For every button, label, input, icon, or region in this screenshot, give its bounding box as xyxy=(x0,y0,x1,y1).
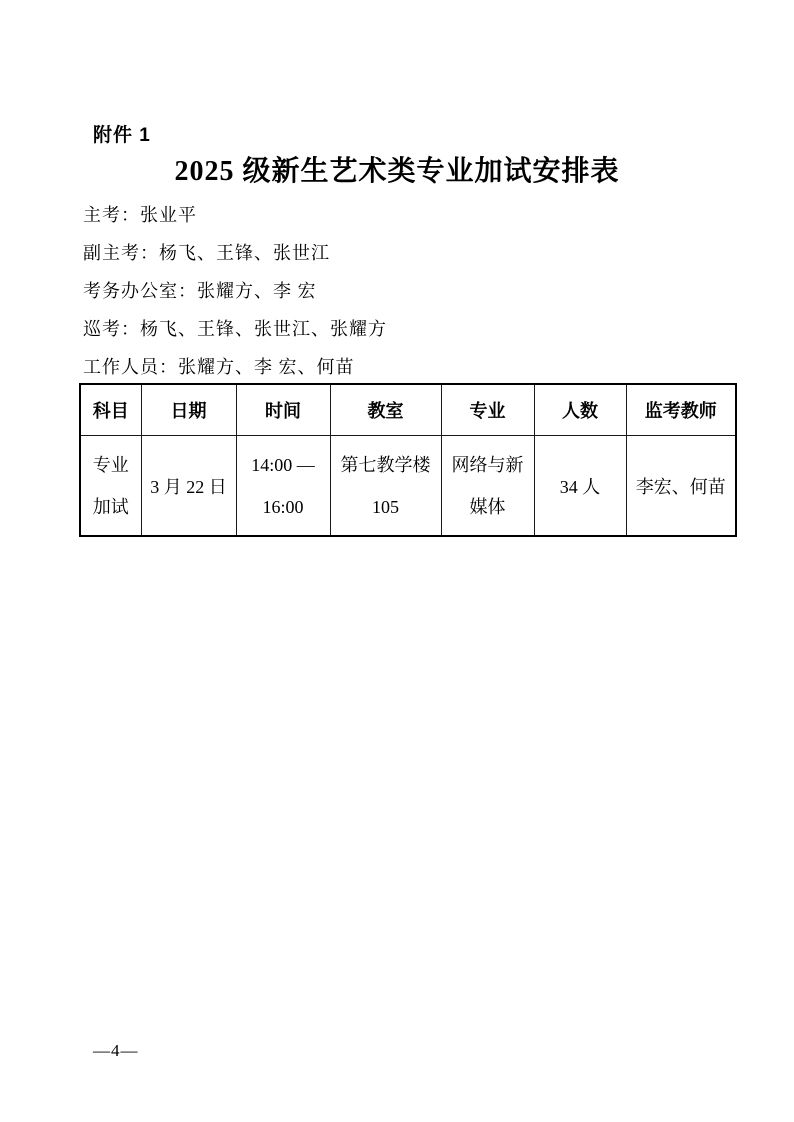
cell-major-line2: 媒体 xyxy=(442,486,534,528)
cell-subject: 专业 加试 xyxy=(80,436,141,537)
info-line-exam-office: 考务办公室：张耀方、李 宏 xyxy=(83,272,387,310)
cell-major-line1: 网络与新 xyxy=(442,444,534,486)
col-header-proctors: 监考教师 xyxy=(626,384,736,436)
cell-date: 3 月 22 日 xyxy=(141,436,236,537)
cell-classroom-line2: 105 xyxy=(331,486,441,528)
cell-time: 14:00 — 16:00 xyxy=(236,436,330,537)
page-title: 2025 级新生艺术类专业加试安排表 xyxy=(0,149,794,189)
table-header-row: 科目 日期 时间 教室 专业 人数 监考教师 xyxy=(80,384,736,436)
document-page: 附件 1 2025 级新生艺术类专业加试安排表 主考：张业平 副主考：杨飞、王锋… xyxy=(0,0,794,1122)
exam-schedule-table: 科目 日期 时间 教室 专业 人数 监考教师 专业 加试 3 月 22 日 14… xyxy=(79,383,737,537)
attachment-label: 附件 1 xyxy=(93,120,151,147)
col-header-date: 日期 xyxy=(141,384,236,436)
cell-subject-line2: 加试 xyxy=(81,486,141,528)
cell-classroom-line1: 第七教学楼 xyxy=(331,444,441,486)
cell-subject-line1: 专业 xyxy=(81,444,141,486)
col-header-time: 时间 xyxy=(236,384,330,436)
col-header-major: 专业 xyxy=(441,384,534,436)
info-line-staff: 工作人员：张耀方、李 宏、何苗 xyxy=(83,348,387,386)
page-number: —4— xyxy=(93,1041,139,1061)
cell-count: 34 人 xyxy=(534,436,626,537)
info-line-deputy-examiners: 副主考：杨飞、王锋、张世江 xyxy=(83,234,387,272)
table-row: 专业 加试 3 月 22 日 14:00 — 16:00 第七教学楼 105 网… xyxy=(80,436,736,537)
col-header-count: 人数 xyxy=(534,384,626,436)
exam-personnel-info: 主考：张业平 副主考：杨飞、王锋、张世江 考务办公室：张耀方、李 宏 巡考：杨飞… xyxy=(83,196,387,386)
info-line-patrol-examiners: 巡考：杨飞、王锋、张世江、张耀方 xyxy=(83,310,387,348)
info-line-chief-examiner: 主考：张业平 xyxy=(83,196,387,234)
cell-proctors: 李宏、何苗 xyxy=(626,436,736,537)
cell-time-line2: 16:00 xyxy=(237,486,330,528)
cell-major: 网络与新 媒体 xyxy=(441,436,534,537)
cell-time-line1: 14:00 — xyxy=(237,444,330,486)
col-header-classroom: 教室 xyxy=(330,384,441,436)
col-header-subject: 科目 xyxy=(80,384,141,436)
cell-classroom: 第七教学楼 105 xyxy=(330,436,441,537)
